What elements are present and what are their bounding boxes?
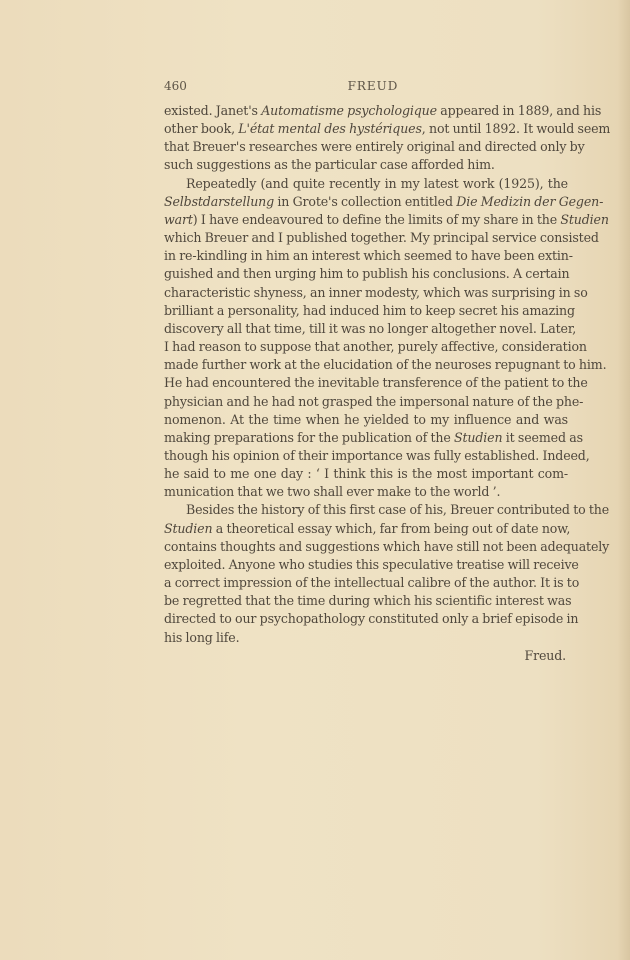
- book-page: 460 FREUD existed. Janet's Automatisme p…: [0, 0, 630, 960]
- text-line: making preparations for the publication …: [164, 429, 568, 447]
- text-line: Repeatedly (and quite recently in my lat…: [164, 175, 568, 193]
- text-line: in re-kindling in him an interest which …: [164, 247, 568, 265]
- text-line: his long life.: [164, 629, 568, 647]
- text-line: characteristic shyness, an inner modesty…: [164, 284, 568, 302]
- text-line: munication that we two shall ever make t…: [164, 483, 568, 501]
- text-line: such suggestions as the particular case …: [164, 156, 568, 174]
- italic-title: Studien: [164, 521, 212, 536]
- text-line: be regretted that the time during which …: [164, 592, 568, 610]
- paragraph: Besides the history of this first case o…: [164, 501, 568, 646]
- text-line: guished and then urging him to publish h…: [164, 265, 568, 283]
- italic-title: Studien: [454, 430, 502, 445]
- body-text: existed. Janet's Automatisme psychologiq…: [164, 102, 568, 665]
- text-line: nomenon. At the time when he yielded to …: [164, 411, 568, 429]
- page-header: 460 FREUD: [164, 79, 568, 97]
- text-line: contains thoughts and suggestions which …: [164, 538, 568, 556]
- signature: Freud.: [164, 647, 568, 665]
- text-line: discovery all that time, till it was no …: [164, 320, 568, 338]
- text-line: Studien a theoretical essay which, far f…: [164, 520, 568, 538]
- text-line: I had reason to suppose that another, pu…: [164, 338, 568, 356]
- text-line: other book, L'état mental des hystérique…: [164, 120, 568, 138]
- text-line: existed. Janet's Automatisme psychologiq…: [164, 102, 568, 120]
- text-line: exploited. Anyone who studies this specu…: [164, 556, 568, 574]
- text-line: a correct impression of the intellectual…: [164, 574, 568, 592]
- text-line: made further work at the elucidation of …: [164, 356, 568, 374]
- text-line: he said to me one day : ‘ I think this i…: [164, 465, 568, 483]
- italic-title: wart: [164, 212, 193, 227]
- text-line: brilliant a personality, had induced him…: [164, 302, 568, 320]
- text-line: wart) I have endeavoured to define the l…: [164, 211, 568, 229]
- italic-title: Automatisme psychologique: [261, 103, 437, 118]
- paragraph: existed. Janet's Automatisme psychologiq…: [164, 102, 568, 175]
- text-line: directed to our psychopathology constitu…: [164, 610, 568, 628]
- text-line: which Breuer and I published together. M…: [164, 229, 568, 247]
- italic-title: Selbstdarstellung: [164, 194, 274, 209]
- paragraph: Repeatedly (and quite recently in my lat…: [164, 175, 568, 502]
- running-head: FREUD: [164, 79, 568, 93]
- text-line: though his opinion of their importance w…: [164, 447, 568, 465]
- text-line: Besides the history of this first case o…: [164, 501, 568, 519]
- text-line: that Breuer's researches were entirely o…: [164, 138, 568, 156]
- italic-title: L'état mental des hystériques: [238, 121, 422, 136]
- text-line: physician and he had not grasped the imp…: [164, 393, 568, 411]
- italic-title: Die Medizin der Gegen-: [456, 194, 603, 209]
- text-line: Selbstdarstellung in Grote's collection …: [164, 193, 568, 211]
- italic-title: Studien: [560, 212, 608, 227]
- text-line: He had encountered the inevitable transf…: [164, 374, 568, 392]
